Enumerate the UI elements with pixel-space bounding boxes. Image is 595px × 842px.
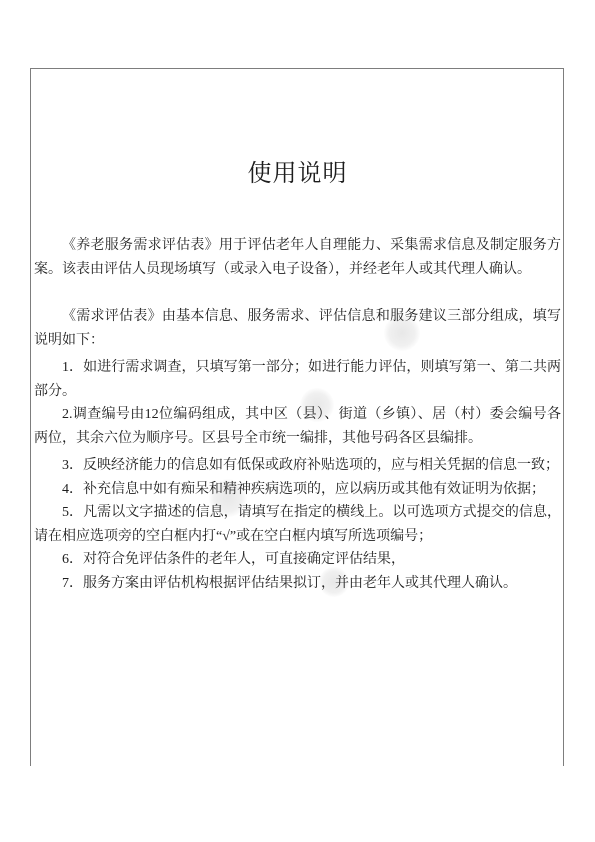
intro-paragraph-2: 《需求评估表》由基本信息、服务需求、评估信息和服务建议三部分组成，填写说明如下： — [34, 305, 561, 352]
instruction-item-5: 5．凡需以文字描述的信息，请填写在指定的横线上。以可选项方式提交的信息，请在相应… — [34, 501, 561, 548]
page-title: 使用说明 — [34, 161, 561, 187]
page-content: 使用说明 《养老服务需求评估表》用于评估老年人自理能力、采集需求信息及制定服务方… — [34, 69, 561, 595]
instruction-item-4: 4．补充信息中如有痴呆和精神疾病选项的，应以病历或其他有效证明为依据； — [34, 478, 561, 502]
page-border: 使用说明 《养老服务需求评估表》用于评估老年人自理能力、采集需求信息及制定服务方… — [30, 68, 564, 766]
instruction-item-1: 1．如进行需求调查，只填写第一部分；如进行能力评估，则填写第一、第二共两部分。 — [34, 356, 561, 403]
intro-paragraph-1: 《养老服务需求评估表》用于评估老年人自理能力、采集需求信息及制定服务方案。该表由… — [34, 234, 561, 281]
instruction-item-7: 7．服务方案由评估机构根据评估结果拟订，并由老年人或其代理人确认。 — [34, 572, 561, 596]
instruction-item-6: 6．对符合免评估条件的老年人，可直接确定评估结果， — [34, 548, 561, 572]
document-page: 使用说明 《养老服务需求评估表》用于评估老年人自理能力、采集需求信息及制定服务方… — [0, 0, 595, 842]
instruction-item-3: 3．反映经济能力的信息如有低保或政府补贴选项的，应与相关凭据的信息一致； — [34, 454, 561, 478]
instruction-item-2: 2.调查编号由12位编码组成，其中区（县）、街道（乡镇）、居（村）委会编号各两位… — [34, 403, 561, 450]
